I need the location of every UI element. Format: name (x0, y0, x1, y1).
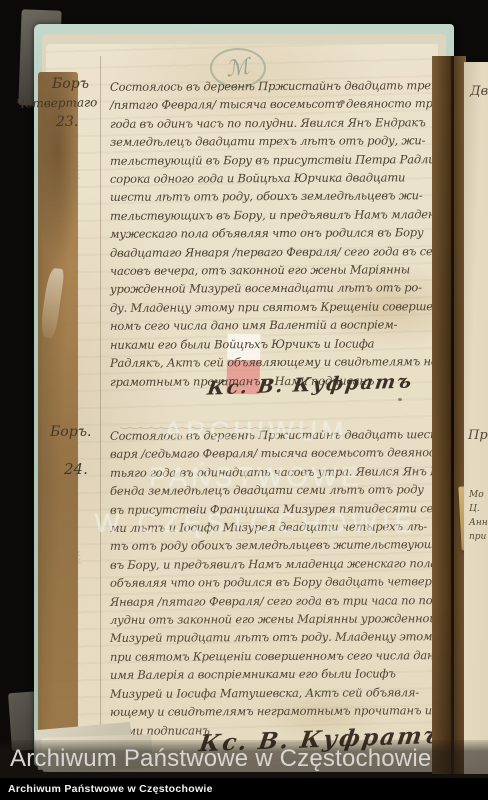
handwritten-line: урожденной Мизурей восемнадцати лѣтъ отъ… (110, 279, 444, 299)
handwritten-line: при святомъ Крещеніи совершенномъ сего ч… (110, 646, 444, 666)
handwritten-line: никами его были Войцѣхъ Юрчикъ и Іосифа (110, 334, 444, 354)
handwritten-line: двадцатаго Января /перваго Февраля/ сего… (110, 242, 444, 262)
handwritten-line: Ц. (469, 504, 480, 514)
handwritten-line: Анн (469, 518, 488, 528)
handwritten-line: Мизурей тридцати лѣтъ отъ роду. Младенцу… (110, 628, 444, 648)
handwritten-line: Состоялось въ деревнѣ Пржистайнъ двадцат… (110, 76, 444, 96)
handwritten-line: Дв (470, 84, 488, 99)
handwritten-line: тъ отъ роду обоихъ земледѣльцевъ жительс… (110, 536, 444, 556)
handwritten-line: тельствующихъ въ Бору, и предъявилъ Намъ… (110, 205, 444, 225)
handwritten-line: въ Бору, и предъявилъ Намъ младенца женс… (110, 554, 444, 574)
handwritten-line: Мизурей и Іосифа Матушевска, Актъ сей об… (110, 683, 444, 703)
handwritten-line: при (469, 532, 486, 542)
handwritten-line: тьяго года въ одинадцать часовъ утра. Яв… (110, 462, 444, 482)
handwritten-line: Состоялось въ деревнѣ Пржистайнъ двадцат… (110, 425, 444, 445)
handwritten-line: Радлякъ, Актъ сей объявляющему и свидѣте… (110, 352, 444, 372)
record-24-margin-place: Боръ. (50, 424, 91, 440)
record-23-margin-place: Боръ (52, 76, 89, 92)
handwritten-line: ющему и свидѣтелямъ неграмотнымъ прочита… (110, 701, 444, 721)
handwritten-line: Пр. (468, 428, 488, 443)
archival-scan-photo: ᛗᛗᛗ ‿‿‿‿‿‿‿‿‿‿‿‿‿‿‿‿‿‿ ᛗᛗ ℳ Боръ Четверт… (0, 0, 488, 800)
handwritten-line: объявляя что онъ родился въ Бору двадцат… (110, 572, 444, 592)
record-24-text: Состоялось въ деревнѣ Пржистайнъ двадцат… (110, 426, 444, 739)
next-page-sliver: ДвПр.МоЦ.Аннпри (464, 62, 488, 774)
record-23-margin-note: Четвертаго (16, 95, 98, 110)
handwritten-line: часовъ вечера, отъ законной его жены Мар… (110, 260, 444, 280)
handwritten-line: /пятаго Февраля/ тысяча восемьсотъ девян… (110, 95, 444, 115)
margin-rule-line (100, 56, 101, 766)
handwritten-line: бенда земледѣлецъ двадцати семи лѣтъ отъ… (110, 480, 444, 500)
handwritten-line: номъ сего числа дано имя Валентій а восп… (110, 315, 444, 335)
ink-blot (340, 100, 345, 104)
footer-watermark-band: Archiwum Państwowe w Częstochowie (0, 740, 488, 778)
handwritten-line: въ присутствіи Францишка Мизурея пятидес… (110, 499, 444, 519)
gutter-repair-tape (432, 56, 466, 774)
handwritten-line: мужескаго пола объявляя что онъ родился … (110, 223, 444, 243)
footer-watermark-text: Archiwum Państwowe w Częstochowie (0, 745, 431, 773)
record-24-margin-number: 24. (64, 460, 88, 478)
handwritten-line: тельствующій въ Бору въ присутствіи Петр… (110, 150, 444, 170)
handwritten-line: варя /седьмаго Февраля/ тысяча восемьсот… (110, 444, 444, 464)
handwritten-line: ми лѣтъ и Іосифа Мизурея двадцати четыре… (110, 517, 444, 537)
record-23-margin-number: 23. (56, 114, 78, 130)
handwritten-line: лудни отъ законной его жены Маріянны уро… (110, 609, 444, 629)
handwritten-line: Января /пятаго Февраля/ сего года въ три… (110, 591, 444, 611)
handwritten-line: шести лѣтъ отъ роду, обоихъ земледѣльцев… (110, 187, 444, 207)
gutter-fold-shadow (451, 56, 454, 774)
handwritten-line: ду. Младенцу этому при святомъ Крещеніи … (110, 297, 444, 317)
handwritten-line: имя Валерія а воспріемниками его были Іо… (110, 664, 444, 684)
handwritten-line: Мо (469, 490, 484, 500)
footer-black-bar: Archiwum Państwowe w Częstochowie (0, 778, 488, 800)
footer-bar-label: Archiwum Państwowe w Częstochowie (0, 783, 213, 795)
handwritten-line: года въ одинъ часъ по полудни. Явился Ян… (110, 113, 444, 133)
left-repair-tape (38, 72, 78, 740)
record-23-text: Состоялось въ деревнѣ Пржистайнъ двадцат… (110, 77, 444, 390)
handwritten-line: земледѣлецъ двадцати трехъ лѣтъ отъ роду… (110, 131, 444, 151)
ink-blot (398, 398, 402, 401)
handwritten-line: сорока одного года и Войцѣха Юрчика двад… (110, 168, 444, 188)
